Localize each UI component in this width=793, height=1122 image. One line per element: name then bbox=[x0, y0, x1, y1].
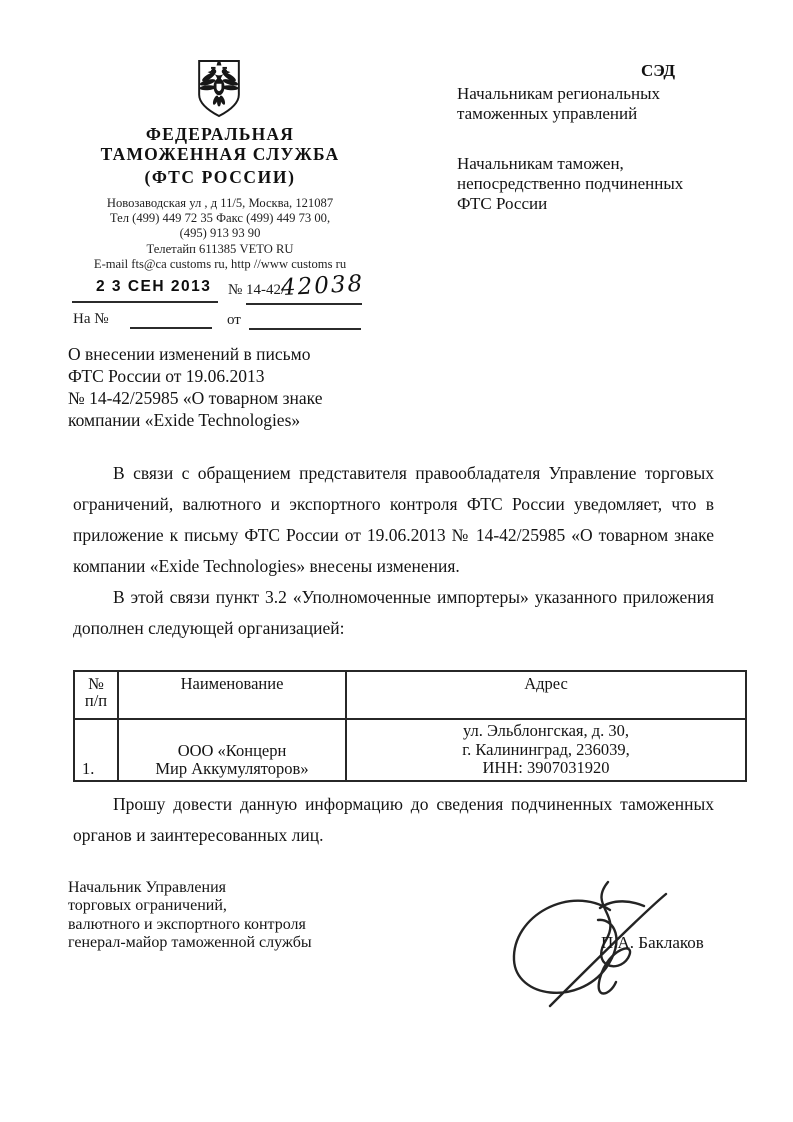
outgoing-number-prefix: № 14-42/ bbox=[228, 282, 285, 299]
table-cell-num: 1. bbox=[74, 719, 118, 781]
date-underline bbox=[72, 301, 218, 303]
sed-label: СЭД bbox=[613, 61, 703, 81]
table-header-num: № п/п bbox=[74, 671, 118, 719]
body-text: В связи с обращением представителя право… bbox=[73, 458, 714, 644]
subject-line: компании «Exide Technologies» bbox=[68, 409, 388, 431]
signoff-line: торговых ограничений, bbox=[68, 897, 398, 915]
signoff-line: валютного и экспортного контроля bbox=[68, 916, 398, 934]
org-name-line1: ФЕДЕРАЛЬНАЯ bbox=[55, 124, 385, 144]
contact-phone2-line: (495) 913 93 90 bbox=[55, 226, 385, 241]
addressee-customs-heads: Начальникам таможен, непосредственно под… bbox=[457, 154, 757, 214]
body-paragraph-1: В связи с обращением представителя право… bbox=[73, 458, 714, 582]
signoff-line: Начальник Управления bbox=[68, 879, 398, 897]
date-stamp: 2 3 СЕН 2013 bbox=[96, 278, 211, 296]
closing-paragraph-wrap: Прошу довести данную информацию до сведе… bbox=[73, 789, 714, 851]
addressees: Начальникам региональных таможенных упра… bbox=[457, 84, 757, 214]
addressee-line: непосредственно подчиненных bbox=[457, 174, 757, 194]
subject-line: ФТС России от 19.06.2013 bbox=[68, 365, 388, 387]
subject-line: № 14-42/25985 «О товарном знаке bbox=[68, 387, 388, 409]
body-paragraph-2: В этой связи пункт 3.2 «Уполномоченные и… bbox=[73, 582, 714, 644]
table-cell-name: ООО «Концерн Мир Аккумуляторов» bbox=[118, 719, 346, 781]
addressee-line: ФТС России bbox=[457, 194, 757, 214]
contact-phone-line: Тел (499) 449 72 35 Факс (499) 449 73 00… bbox=[55, 211, 385, 226]
addressee-regional-offices: Начальникам региональных таможенных упра… bbox=[457, 84, 757, 124]
addressee-line: Начальникам региональных bbox=[457, 84, 757, 104]
org-contact-block: Новозаводская ул , д 11/5, Москва, 12108… bbox=[55, 196, 385, 272]
table-row: 1. ООО «Концерн Мир Аккумуляторов» ул. Э… bbox=[74, 719, 746, 781]
coat-of-arms bbox=[194, 58, 244, 120]
table-header-address: Адрес bbox=[346, 671, 746, 719]
reply-to-label: На № bbox=[73, 311, 109, 328]
subject-block: О внесении изменений в письмо ФТС России… bbox=[68, 343, 388, 431]
signoff-line: генерал-майор таможенной службы bbox=[68, 934, 398, 952]
addressee-line: таможенных управлений bbox=[457, 104, 757, 124]
table-header-row: № п/п Наименование Адрес bbox=[74, 671, 746, 719]
org-name: ФЕДЕРАЛЬНАЯ ТАМОЖЕННАЯ СЛУЖБА (ФТС РОССИ… bbox=[55, 124, 385, 187]
contact-address-line: Новозаводская ул , д 11/5, Москва, 12108… bbox=[55, 196, 385, 211]
subject-line: О внесении изменений в письмо bbox=[68, 343, 388, 365]
org-name-line3: (ФТС РОССИИ) bbox=[55, 167, 385, 187]
table-header-name: Наименование bbox=[118, 671, 346, 719]
closing-paragraph: Прошу довести данную информацию до сведе… bbox=[73, 789, 714, 851]
org-name-line2: ТАМОЖЕННАЯ СЛУЖБА bbox=[55, 144, 385, 164]
outgoing-number-handwritten: 42038 bbox=[280, 271, 364, 301]
contact-email-line: E-mail fts@ca customs ru, http //www cus… bbox=[55, 257, 385, 272]
signer-name: П.А. Баклаков bbox=[601, 933, 704, 953]
scanned-letter-page: ФЕДЕРАЛЬНАЯ ТАМОЖЕННАЯ СЛУЖБА (ФТС РОССИ… bbox=[0, 0, 793, 1122]
reply-number-underline bbox=[130, 327, 212, 329]
number-underline bbox=[246, 303, 362, 305]
table-cell-address: ул. Эльблонгская, д. 30, г. Калининград,… bbox=[346, 719, 746, 781]
reply-date-underline bbox=[249, 328, 361, 330]
double-headed-eagle-icon bbox=[194, 58, 244, 120]
addressee-line: Начальникам таможен, bbox=[457, 154, 757, 174]
reply-from-label: от bbox=[227, 312, 241, 329]
signoff-position: Начальник Управления торговых ограничени… bbox=[68, 879, 398, 953]
contact-teletype-line: Телетайп 611385 VETO RU bbox=[55, 242, 385, 257]
importers-table: № п/п Наименование Адрес 1. ООО «Концерн… bbox=[73, 670, 715, 782]
